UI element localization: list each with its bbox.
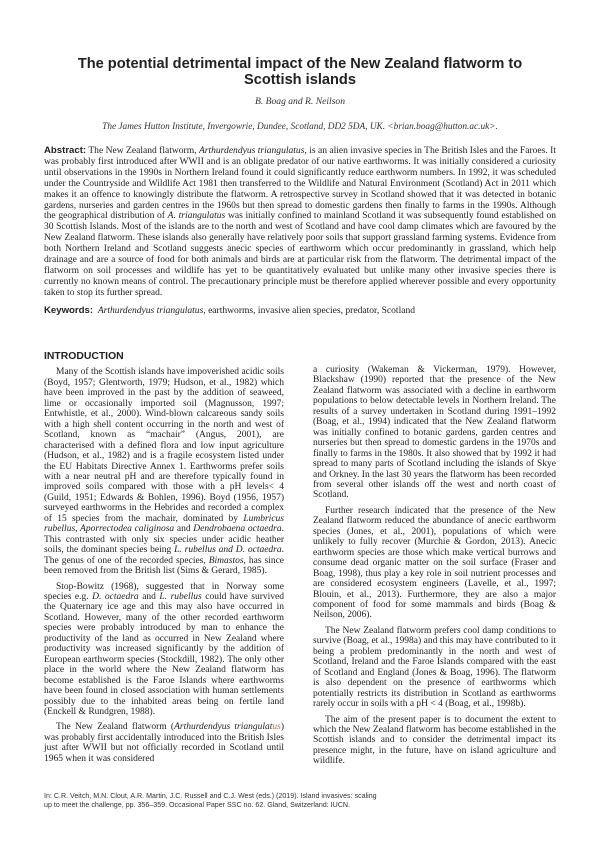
paragraph: a curiosity (Wakeman & Vickerman, 1979).… (313, 365, 556, 501)
paragraph: The aim of the present paper is to docum… (313, 715, 556, 767)
paragraph: Stop-Bowitz (1968), suggested that in No… (44, 582, 284, 718)
citation-footer: In: C.R. Veitch, M.N. Clout, A.R. Martin… (44, 792, 464, 810)
abstract-text: was initially confined to mainland Scotl… (44, 210, 556, 297)
affiliation: The James Hutton Institute, Invergowrie,… (0, 122, 600, 132)
paragraph: The New Zealand flatworm prefers cool da… (313, 626, 556, 710)
keywords: Keywords: Arthurdendyus triangulatus, ea… (44, 305, 556, 316)
abstract: Abstract: The New Zealand flatworm, Arth… (44, 146, 556, 299)
keywords-label: Keywords: (44, 305, 93, 316)
keywords-text: , earthworms, invasive alien species, pr… (203, 305, 415, 316)
species-name: Arthurdendyus triangulatus (199, 145, 304, 156)
abstract-label: Abstract: (44, 145, 86, 156)
section-heading: INTRODUCTION (44, 352, 284, 362)
left-column: INTRODUCTION Many of the Scottish island… (44, 352, 284, 769)
species-name: A. triangulatus (168, 210, 226, 221)
paragraph: Many of the Scottish islands have impove… (44, 367, 284, 576)
paragraph: Further research indicated that the pres… (313, 506, 556, 621)
authors: B. Boag and R. Neilson (0, 96, 600, 107)
paragraph: The New Zealand flatworm (Arthurdendyus … (44, 722, 284, 764)
species-name: Arthurdendyus triangulatus (98, 305, 203, 316)
paper-title: The potential detrimental impact of the … (60, 56, 540, 88)
abstract-text: The New Zealand flatworm, (86, 145, 199, 156)
highlighted-text: us (272, 722, 280, 732)
footer-line: up to meet the challenge, pp. 356–359. O… (44, 801, 464, 810)
right-column: a curiosity (Wakeman & Vickerman, 1979).… (313, 365, 556, 772)
footer-line: In: C.R. Veitch, M.N. Clout, A.R. Martin… (44, 792, 464, 801)
